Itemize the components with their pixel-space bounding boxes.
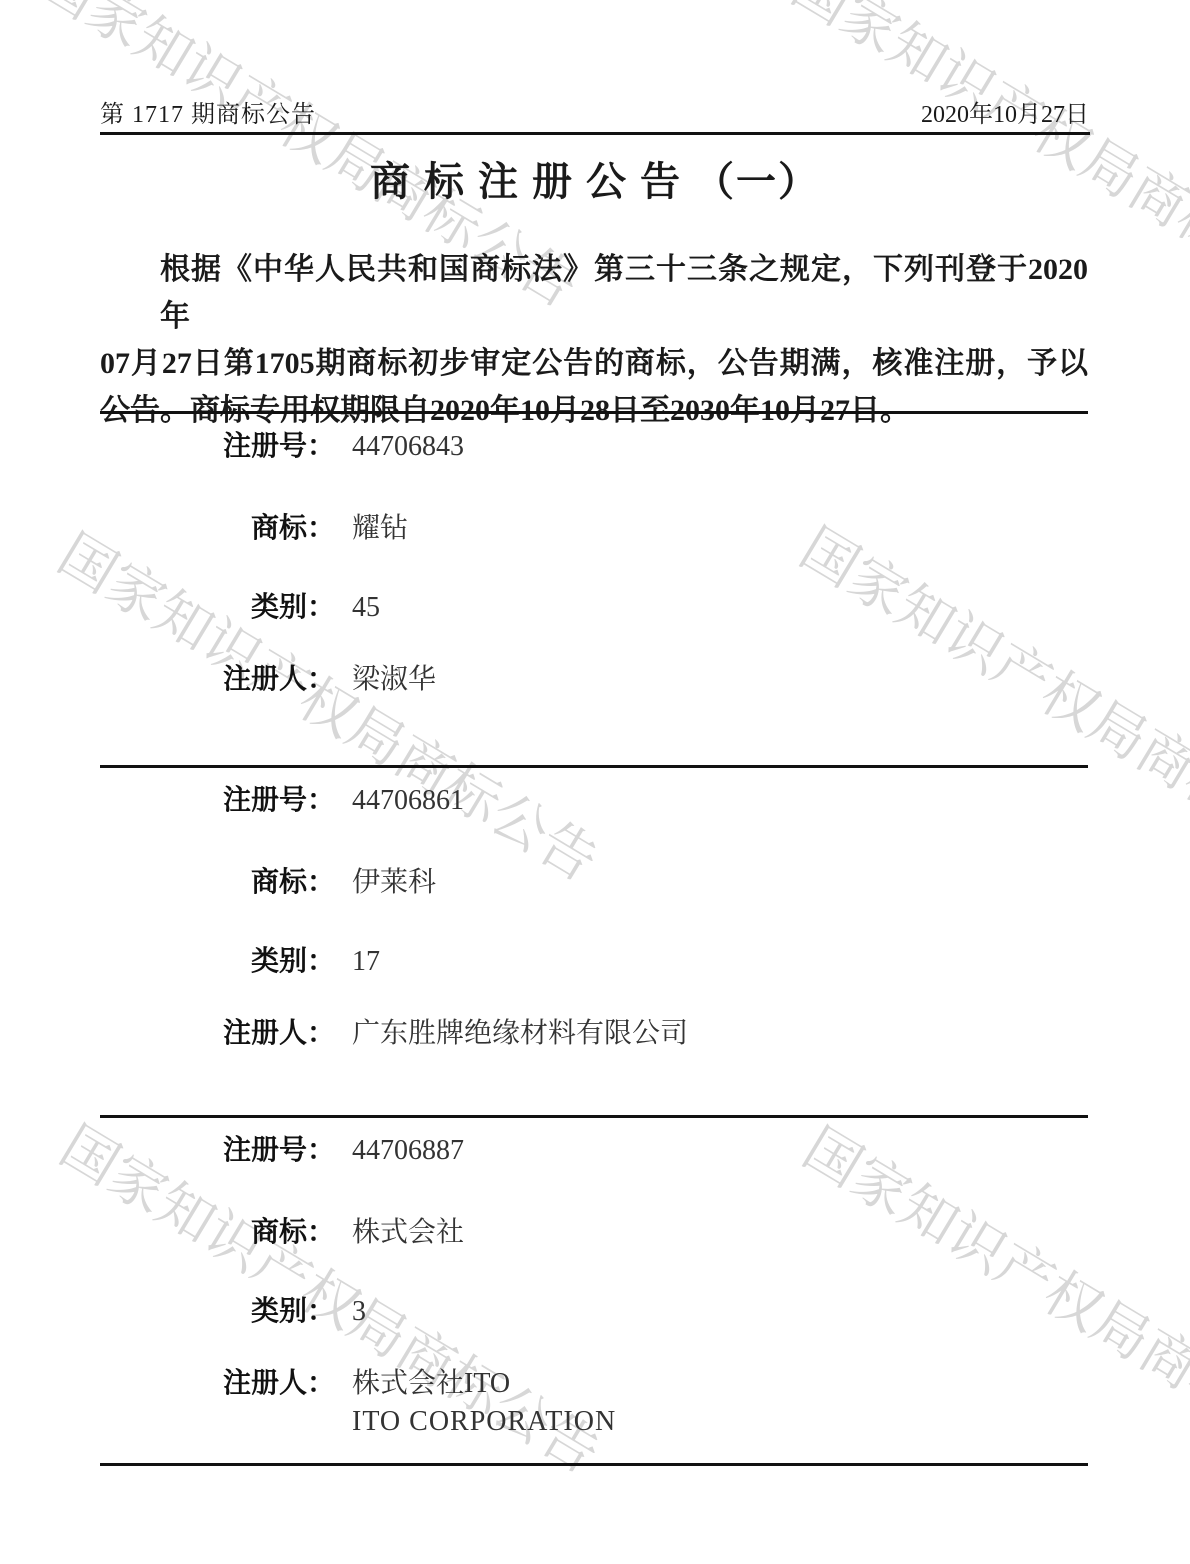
mark-value: 耀钻 <box>352 511 408 547</box>
gazette-issue-number: 第 1717 期商标公告 <box>100 94 316 129</box>
owner-value: 株式会社ITO ITO CORPORATION <box>352 1366 616 1442</box>
owner-row: 注册人： 广东胜牌绝缘材料有限公司 <box>100 1016 688 1052</box>
mark-label: 商标： <box>100 511 335 547</box>
reg-no-row: 注册号： 44706843 <box>100 429 464 465</box>
owner-row: 注册人： 株式会社ITO ITO CORPORATION <box>100 1366 616 1442</box>
class-value: 3 <box>352 1294 366 1330</box>
owner-value-line1: 株式会社ITO <box>352 1368 510 1399</box>
owner-value: 广东胜牌绝缘材料有限公司 <box>352 1016 688 1052</box>
mark-label: 商标： <box>100 1215 335 1251</box>
gazette-date: 2020年10月27日 <box>921 94 1089 129</box>
reg-no-label: 注册号： <box>100 783 335 819</box>
mark-row: 商标： 伊莱科 <box>100 865 436 901</box>
reg-no-value: 44706861 <box>352 783 464 819</box>
class-value: 17 <box>352 944 380 980</box>
record-44706843: 注册号： 44706843 商标： 耀钻 类别： 45 注册人： 梁淑华 <box>100 414 1088 765</box>
mark-value: 伊莱科 <box>352 865 436 901</box>
record-44706861: 注册号： 44706861 商标： 伊莱科 类别： 17 注册人： 广东胜牌绝缘… <box>100 768 1088 1115</box>
reg-no-value: 44706887 <box>352 1133 464 1169</box>
owner-label: 注册人： <box>100 662 335 698</box>
gazette-page: 国家知识产权局商标公告 国家知识产权局商标公告 国家知识产权局商标公告 国家知识… <box>0 0 1190 1564</box>
mark-label: 商标： <box>100 865 335 901</box>
reg-no-value: 44706843 <box>352 429 464 465</box>
reg-no-label: 注册号： <box>100 1133 335 1169</box>
reg-no-row: 注册号： 44706887 <box>100 1133 464 1169</box>
class-row: 类别： 17 <box>100 944 380 980</box>
class-label: 类别： <box>100 1294 335 1330</box>
header-divider <box>100 132 1090 135</box>
records-section: 注册号： 44706843 商标： 耀钻 类别： 45 注册人： 梁淑华 注册号… <box>100 411 1088 1466</box>
owner-value-line2: ITO CORPORATION <box>352 1402 616 1442</box>
mark-row: 商标： 耀钻 <box>100 511 408 547</box>
class-label: 类别： <box>100 944 335 980</box>
intro-line-2: 07月27日第1705期商标初步审定公告的商标，公告期满，核准注册，予以 <box>100 340 1088 387</box>
owner-label: 注册人： <box>100 1366 335 1402</box>
reg-no-label: 注册号： <box>100 429 335 465</box>
record-44706887: 注册号： 44706887 商标： 株式会社 类别： 3 注册人： 株式会社IT… <box>100 1118 1088 1463</box>
class-label: 类别： <box>100 590 335 626</box>
owner-label: 注册人： <box>100 1016 335 1052</box>
class-value: 45 <box>352 590 380 626</box>
mark-row: 商标： 株式会社 <box>100 1215 464 1251</box>
reg-no-row: 注册号： 44706861 <box>100 783 464 819</box>
intro-line-1: 根据《中华人民共和国商标法》第三十三条之规定，下列刊登于2020年 <box>100 246 1088 340</box>
record-divider <box>100 1463 1088 1466</box>
page-title: 商 标 注 册 公 告 （一） <box>0 150 1190 207</box>
mark-value: 株式会社 <box>352 1215 464 1251</box>
class-row: 类别： 3 <box>100 1294 366 1330</box>
owner-row: 注册人： 梁淑华 <box>100 662 436 698</box>
class-row: 类别： 45 <box>100 590 380 626</box>
intro-paragraph: 根据《中华人民共和国商标法》第三十三条之规定，下列刊登于2020年 07月27日… <box>100 246 1088 434</box>
owner-value: 梁淑华 <box>352 662 436 698</box>
